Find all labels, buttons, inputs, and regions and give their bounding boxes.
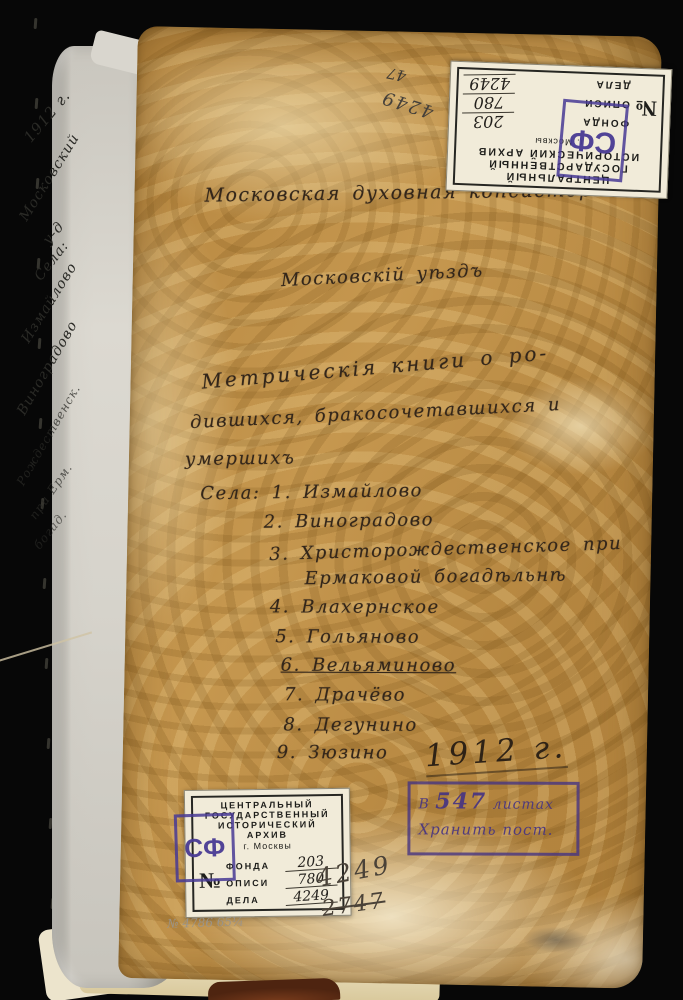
front-cover: ЦЕНТРАЛЬНЫЙ ГОСУДАРСТВЕННЫЙ ИСТОРИЧЕСКИЙ…: [118, 26, 662, 989]
count-prefix: В: [419, 796, 430, 812]
stitch-mark: [47, 738, 51, 749]
book-cover-photo: 1912 г. Московский у-д Села: Измайлово В…: [0, 0, 683, 1000]
pencil-note-top-small: 47: [385, 64, 407, 85]
handwriting-line: Метрическія книги о ро-: [201, 340, 551, 393]
handwriting-line: Московскій уѣздъ: [280, 260, 484, 291]
keep-permanently-line: Хранить пост.: [418, 820, 568, 839]
delo-label: ДЕЛА: [226, 895, 259, 905]
handwriting-line: Ермаковой богадѣльнѣ: [304, 565, 567, 590]
sheet-count-line: В 547 листах: [418, 788, 568, 815]
delo-label: ДЕЛА: [594, 78, 630, 90]
stitch-mark: [39, 418, 43, 429]
leather-scrap: [208, 978, 341, 1000]
ink-smudge: [523, 926, 590, 953]
opis-value: 780: [463, 93, 515, 111]
handwriting-line: 6. Вельяминово: [281, 655, 457, 677]
fond-value: 203: [462, 112, 514, 130]
stitch-mark: [43, 578, 47, 589]
handwriting-line: 8. Дегунино: [283, 714, 417, 735]
sheet-count-stamp: В 547 листах Хранить пост.: [407, 781, 579, 856]
number-sign: №: [634, 95, 657, 122]
handwriting-line: умершихъ: [185, 447, 296, 470]
sheet-count-value: 547: [435, 788, 487, 814]
sf-stamp-top: СФ: [556, 99, 629, 183]
sf-stamp-bottom: СФ: [174, 813, 236, 883]
delo-value: 4249: [464, 74, 516, 92]
pencil-inventory-note: № 4786 65¼: [167, 914, 244, 930]
pencil-note-top-number: 4249: [379, 86, 437, 122]
year-handwritten: 1912 г.: [424, 729, 569, 777]
handwriting-line: дившихся, бракосочетавшихся и: [190, 394, 562, 433]
handwriting-line: 7. Драчёво: [284, 684, 406, 705]
stitch-mark: [34, 18, 38, 29]
handwriting-line: 4. Влахернское: [270, 596, 440, 618]
handwriting-line: 2. Виноградово: [264, 509, 435, 532]
handwriting-line: 3. Христорождественское при: [269, 533, 623, 565]
handwriting-line: Села: 1. Измайлово: [200, 480, 423, 504]
delo-row: ДЕЛА 4249: [463, 73, 630, 96]
handwriting-line: 9. Зюзино: [277, 742, 389, 763]
stitch-mark: [45, 658, 49, 669]
handwriting-line: 5. Гольяново: [275, 626, 420, 648]
stitch-mark: [38, 338, 42, 349]
archive-stamp-top: ЦЕНТРАЛЬНЫЙ ГОСУДАРСТВЕННЫЙ ИСТОРИЧЕСКИЙ…: [446, 61, 673, 199]
stitch-mark: [35, 98, 39, 109]
count-suffix: листах: [493, 797, 554, 813]
